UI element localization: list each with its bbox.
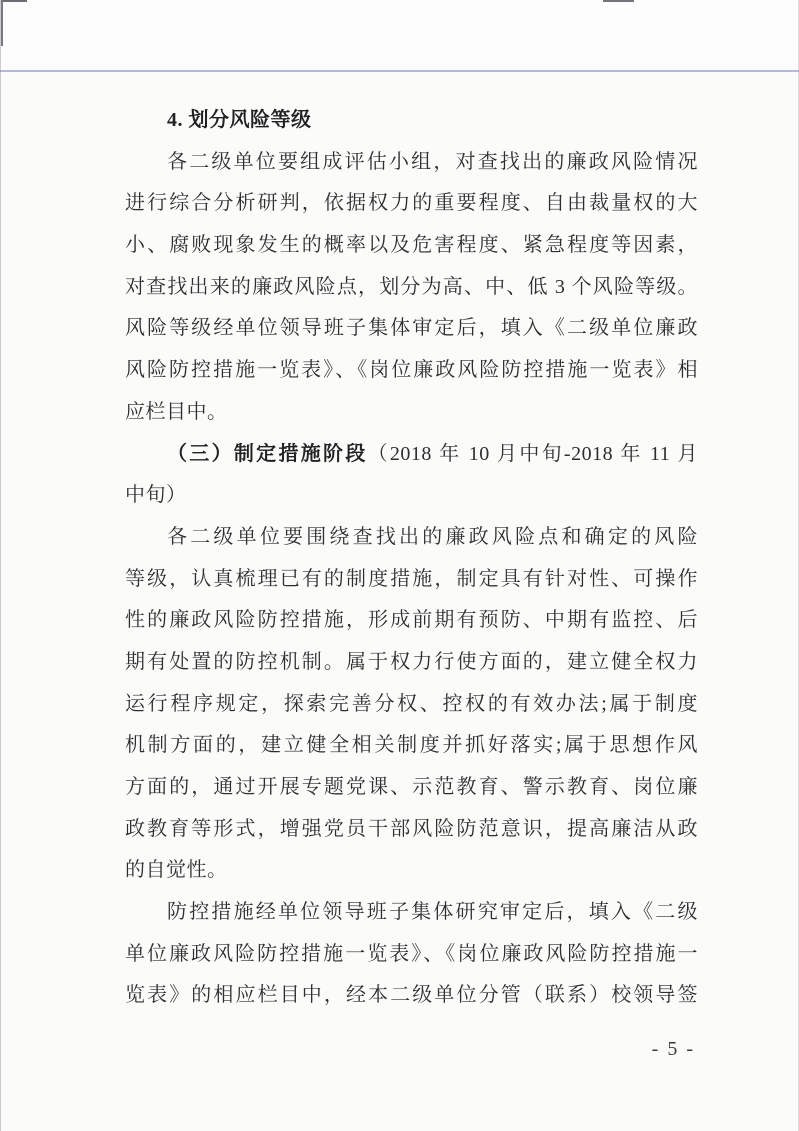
scan-artifact-top-right-horizontal	[603, 0, 634, 2]
para3-line: 单位廉政风险防控措施一览表》、《岗位廉政风险防控措施一	[125, 934, 698, 976]
para1-line: 风险防控措施一览表》、《岗位廉政风险防控措施一览表》相	[125, 350, 698, 392]
para1-line: 小、腐败现象发生的概率以及危害程度、紧急程度等因素，	[125, 225, 698, 267]
para2-line: 性的廉政风险防控措施，形成前期有预防、中期有监控、后	[125, 600, 698, 642]
scan-artifact-top-left-vertical	[1, 0, 3, 46]
section4-title: 4. 划分风险等级	[125, 100, 698, 142]
para2-line: 机制方面的，建立健全相关制度并抓好落实;属于思想作风	[125, 725, 698, 767]
scan-left-edge-line	[0, 0, 1, 1131]
para2-line: 政教育等形式，增强党员干部风险防范意识，提高廉洁从政	[125, 809, 698, 851]
para3-line: 览表》的相应栏目中，经本二级单位分管（联系）校领导签	[125, 975, 698, 1017]
para1-line: 各二级单位要组成评估小组，对查找出的廉政风险情况	[125, 142, 698, 184]
section3-heading-wrap: 中旬）	[125, 475, 698, 517]
para3-line: 防控措施经单位领导班子集体研究审定后，填入《二级	[125, 892, 698, 934]
document-body: 4. 划分风险等级 各二级单位要组成评估小组，对查找出的廉政风险情况 进行综合分…	[125, 100, 698, 1017]
para2-line: 运行程序规定，探索完善分权、控权的有效办法;属于制度	[125, 684, 698, 726]
para1-line: 风险等级经单位领导班子集体审定后，填入《二级单位廉政	[125, 308, 698, 350]
para1-line: 对查找出来的廉政风险点，划分为高、中、低 3 个风险等级。	[125, 267, 698, 309]
section3-heading-bold: （三）制定措施阶段	[167, 443, 368, 465]
para1-line: 应栏目中。	[125, 392, 698, 434]
page-number: - 5 -	[652, 1038, 695, 1061]
section3-heading: （三）制定措施阶段（2018 年 10 月中旬-2018 年 11 月	[125, 434, 698, 476]
scan-top-strip	[0, 0, 799, 70]
para2-line: 的自觉性。	[125, 850, 698, 892]
para2-line: 期有处置的防控机制。属于权力行使方面的，建立健全权力	[125, 642, 698, 684]
para2-line: 等级，认真梳理已有的制度措施，制定具有针对性、可操作	[125, 559, 698, 601]
section3-heading-date: （2018 年 10 月中旬-2018 年 11 月	[368, 443, 698, 465]
scanned-document-page: 4. 划分风险等级 各二级单位要组成评估小组，对查找出的廉政风险情况 进行综合分…	[0, 0, 799, 1131]
scan-artifact-top-left-horizontal	[3, 0, 27, 2]
para1-line: 进行综合分析研判，依据权力的重要程度、自由裁量权的大	[125, 183, 698, 225]
para2-line: 方面的，通过开展专题党课、示范教育、警示教育、岗位廉	[125, 767, 698, 809]
para2-line: 各二级单位要围绕查找出的廉政风险点和确定的风险	[125, 517, 698, 559]
scan-horizontal-rule	[0, 70, 799, 72]
